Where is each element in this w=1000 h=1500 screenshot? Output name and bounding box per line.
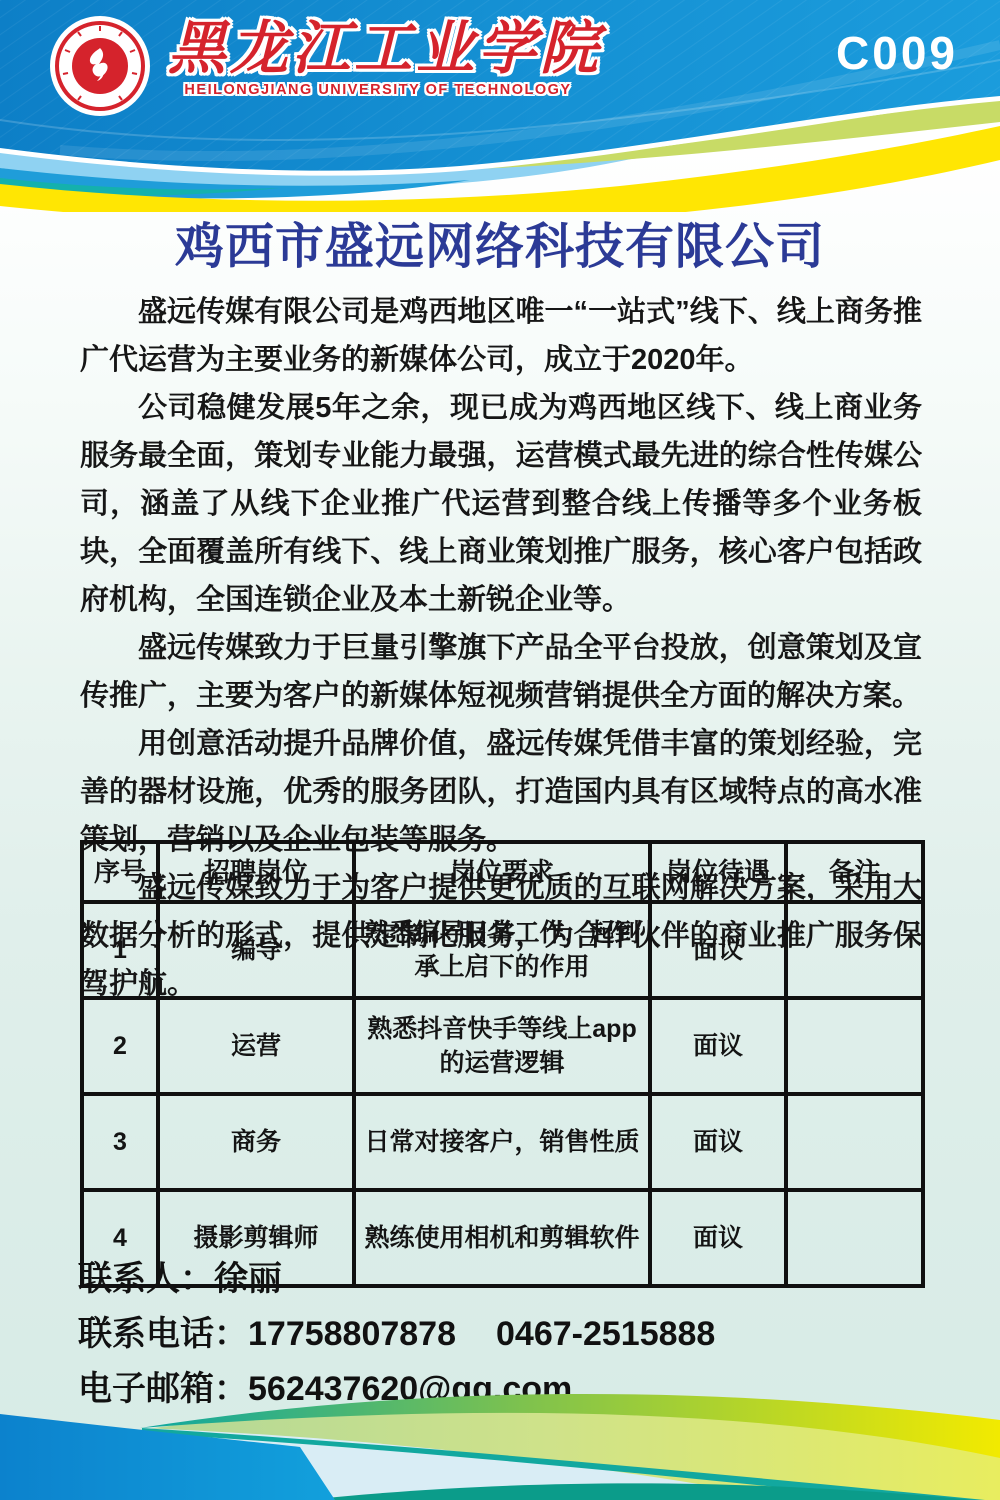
university-seal-logo xyxy=(48,14,152,118)
contact-person: 徐丽 xyxy=(214,1260,282,1298)
table-cell: 面议 xyxy=(650,1094,786,1190)
table-row: 1编导熟悉编导日常工作，起到承上启下的作用面议 xyxy=(82,902,923,998)
contact-phone-2: 0467-2515888 xyxy=(496,1315,715,1353)
contact-person-label: 联系人： xyxy=(78,1260,214,1298)
job-table: 序号 招聘岗位 岗位要求 岗位待遇 备注 1编导熟悉编导日常工作，起到承上启下的… xyxy=(80,840,925,1288)
table-cell xyxy=(786,1094,923,1190)
col-header-index: 序号 xyxy=(82,842,158,902)
contact-phone-label: 联系电话： xyxy=(78,1315,248,1353)
table-cell: 运营 xyxy=(158,998,354,1094)
header-banner: 黑龙江工业学院 HEILONGJIANG UNIVERSITY OF TECHN… xyxy=(0,0,1000,212)
contact-phone-1: 17758807878 xyxy=(248,1315,456,1353)
company-title: 鸡西市盛远网络科技有限公司 xyxy=(0,208,1000,278)
intro-paragraph: 公司稳健发展5年之余，现已成为鸡西地区线下、线上商业务服务最全面，策划专业能力最… xyxy=(80,384,922,624)
footer-wave-graphic xyxy=(0,1378,1000,1500)
intro-paragraph: 盛远传媒致力于巨量引擎旗下产品全平台投放，创意策划及宣传推广，主要为客户的新媒体… xyxy=(80,624,922,720)
university-name-block: 黑龙江工业学院 HEILONGJIANG UNIVERSITY OF TECHN… xyxy=(168,18,588,98)
table-cell: 熟悉编导日常工作，起到承上启下的作用 xyxy=(354,902,650,998)
university-name-cn: 黑龙江工业学院 xyxy=(168,18,588,80)
col-header-salary: 岗位待遇 xyxy=(650,842,786,902)
intro-paragraph: 盛远传媒有限公司是鸡西地区唯一“一站式”线下、线上商务推广代运营为主要业务的新媒… xyxy=(80,288,922,384)
col-header-notes: 备注 xyxy=(786,842,923,902)
table-cell: 1 xyxy=(82,902,158,998)
table-cell xyxy=(786,902,923,998)
table-cell: 商务 xyxy=(158,1094,354,1190)
table-row: 3商务日常对接客户，销售性质面议 xyxy=(82,1094,923,1190)
contact-person-line: 联系人：徐丽 xyxy=(78,1252,715,1307)
footer-wave-svg xyxy=(0,1378,1000,1500)
table-cell: 面议 xyxy=(650,902,786,998)
table-cell: 2 xyxy=(82,998,158,1094)
table-row: 2运营熟悉抖音快手等线上app的运营逻辑面议 xyxy=(82,998,923,1094)
table-cell: 编导 xyxy=(158,902,354,998)
table-body: 1编导熟悉编导日常工作，起到承上启下的作用面议2运营熟悉抖音快手等线上app的运… xyxy=(82,902,923,1286)
col-header-position: 招聘岗位 xyxy=(158,842,354,902)
seal-graphic xyxy=(48,14,152,118)
contact-phone-line: 联系电话：177588078780467-2515888 xyxy=(78,1307,715,1362)
table-header-row: 序号 招聘岗位 岗位要求 岗位待遇 备注 xyxy=(82,842,923,902)
table-cell: 面议 xyxy=(650,998,786,1094)
university-name-en: HEILONGJIANG UNIVERSITY OF TECHNOLOGY xyxy=(168,82,588,98)
table-cell: 熟悉抖音快手等线上app的运营逻辑 xyxy=(354,998,650,1094)
table-cell xyxy=(786,998,923,1094)
col-header-requirements: 岗位要求 xyxy=(354,842,650,902)
poster-page: 黑龙江工业学院 HEILONGJIANG UNIVERSITY OF TECHN… xyxy=(0,0,1000,1500)
poster-code: C009 xyxy=(836,26,958,80)
table-cell: 日常对接客户，销售性质 xyxy=(354,1094,650,1190)
table-cell: 3 xyxy=(82,1094,158,1190)
table-cell xyxy=(786,1190,923,1286)
